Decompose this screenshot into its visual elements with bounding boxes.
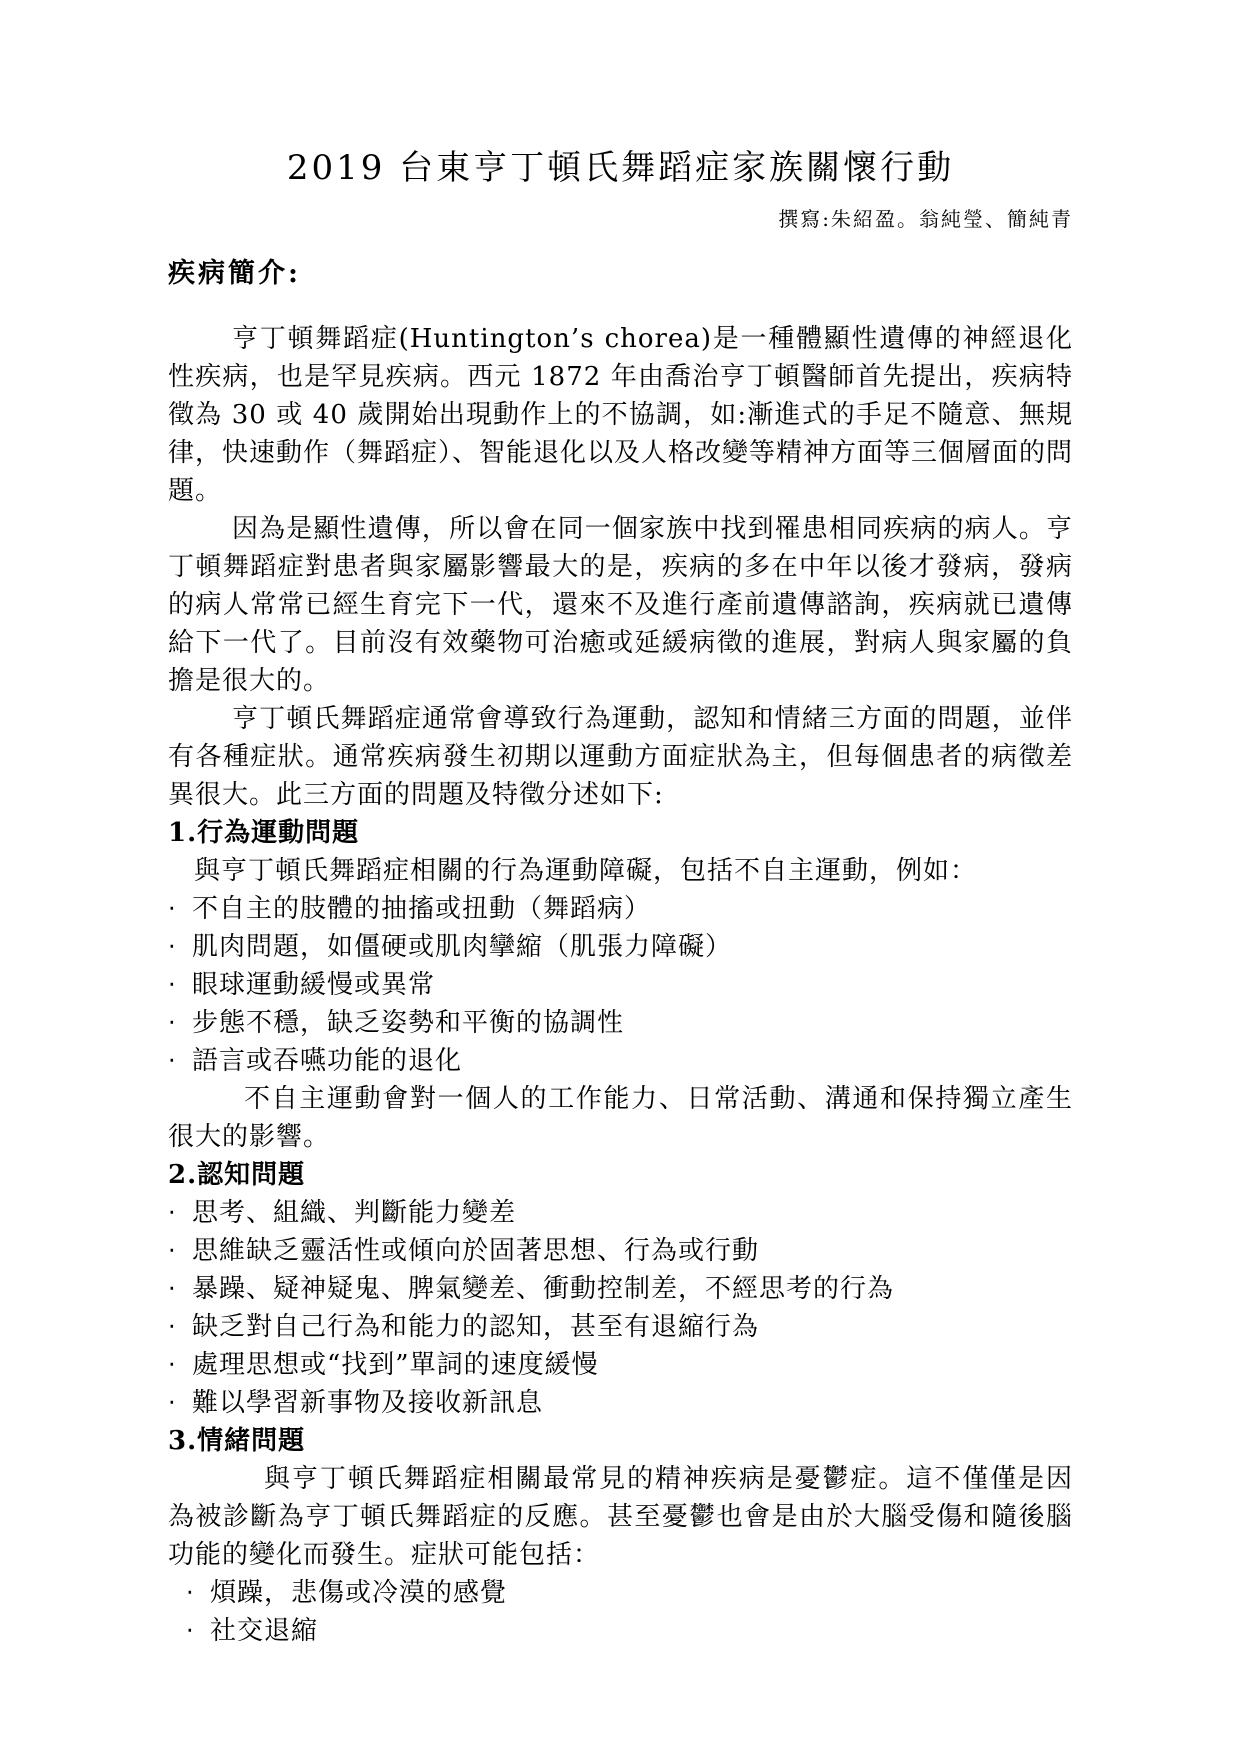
paragraph-1: 亨丁頓舞蹈症(Huntington’s chorea)是一種體顯性遺傳的神經退化… <box>168 320 1073 510</box>
section3-heading: 3.情緒問題 <box>168 1422 1073 1460</box>
list-item: ‧ 眼球運動緩慢或異常 <box>168 966 1073 1004</box>
list-item-text: 肌肉問題，如僵硬或肌肉攣縮（肌張力障礙） <box>192 928 1073 966</box>
bullet-icon: ‧ <box>168 890 192 928</box>
list-item-text: 缺乏對自己行為和能力的認知，甚至有退縮行為 <box>192 1308 1073 1346</box>
bullet-icon: ‧ <box>168 1346 192 1384</box>
list-item: ‧ 煩躁，悲傷或冷漠的感覺 <box>168 1574 1073 1612</box>
list-item-text: 不自主的肢體的抽搐或扭動（舞蹈病） <box>192 890 1073 928</box>
list-item: ‧ 不自主的肢體的抽搐或扭動（舞蹈病） <box>168 890 1073 928</box>
bullet-icon: ‧ <box>168 1042 192 1080</box>
list-item-text: 處理思想或“找到”單詞的速度緩慢 <box>192 1346 1073 1384</box>
list-item-text: 社交退縮 <box>210 1612 1073 1650</box>
document-page: 2019 台東亨丁頓氏舞蹈症家族關懷行動 撰寫:朱紹盈。翁純瑩、簡純青 疾病簡介… <box>0 0 1241 1755</box>
list-item: ‧ 暴躁、疑神疑鬼、脾氣變差、衝動控制差，不經思考的行為 <box>168 1270 1073 1308</box>
bullet-icon: ‧ <box>168 1384 192 1422</box>
bullet-icon: ‧ <box>168 1004 192 1042</box>
paragraph-3: 亨丁頓氏舞蹈症通常會導致行為運動，認知和情緒三方面的問題，並伴有各種症狀。通常疾… <box>168 700 1073 814</box>
bullet-icon: ‧ <box>186 1612 210 1650</box>
bullet-icon: ‧ <box>168 1308 192 1346</box>
section1-intro: 與亨丁頓氏舞蹈症相關的行為運動障礙，包括不自主運動，例如： <box>168 852 1073 890</box>
list-item: ‧ 難以學習新事物及接收新訊息 <box>168 1384 1073 1422</box>
page-title: 2019 台東亨丁頓氏舞蹈症家族關懷行動 <box>168 146 1073 190</box>
paragraph-2: 因為是顯性遺傳，所以會在同一個家族中找到罹患相同疾病的病人。亨丁頓舞蹈症對患者與… <box>168 510 1073 700</box>
intro-heading: 疾病簡介: <box>168 254 1073 294</box>
section1-heading: 1.行為運動問題 <box>168 814 1073 852</box>
list-item-text: 暴躁、疑神疑鬼、脾氣變差、衝動控制差，不經思考的行為 <box>192 1270 1073 1308</box>
list-item: ‧ 思維缺乏靈活性或傾向於固著思想、行為或行動 <box>168 1232 1073 1270</box>
list-item: ‧ 處理思想或“找到”單詞的速度緩慢 <box>168 1346 1073 1384</box>
list-item-text: 思考、組織、判斷能力變差 <box>192 1194 1073 1232</box>
byline: 撰寫:朱紹盈。翁純瑩、簡純青 <box>168 204 1073 234</box>
section2-heading: 2.認知問題 <box>168 1156 1073 1194</box>
list-item-text: 眼球運動緩慢或異常 <box>192 966 1073 1004</box>
section1-note: 不自主運動會對一個人的工作能力、日常活動、溝通和保持獨立產生很大的影響。 <box>168 1080 1073 1156</box>
list-item: ‧ 缺乏對自己行為和能力的認知，甚至有退縮行為 <box>168 1308 1073 1346</box>
bullet-icon: ‧ <box>168 966 192 1004</box>
bullet-icon: ‧ <box>168 928 192 966</box>
list-item: ‧ 步態不穩，缺乏姿勢和平衡的協調性 <box>168 1004 1073 1042</box>
list-item-text: 語言或吞嚥功能的退化 <box>192 1042 1073 1080</box>
list-item: ‧ 思考、組織、判斷能力變差 <box>168 1194 1073 1232</box>
section3-paragraph: 與亨丁頓氏舞蹈症相關最常見的精神疾病是憂鬱症。這不僅僅是因為被診斷為亨丁頓氏舞蹈… <box>168 1460 1073 1574</box>
list-item-text: 步態不穩，缺乏姿勢和平衡的協調性 <box>192 1004 1073 1042</box>
bullet-icon: ‧ <box>168 1270 192 1308</box>
list-item: ‧ 肌肉問題，如僵硬或肌肉攣縮（肌張力障礙） <box>168 928 1073 966</box>
list-item-text: 思維缺乏靈活性或傾向於固著思想、行為或行動 <box>192 1232 1073 1270</box>
list-item: ‧ 語言或吞嚥功能的退化 <box>168 1042 1073 1080</box>
bullet-icon: ‧ <box>186 1574 210 1612</box>
bullet-icon: ‧ <box>168 1232 192 1270</box>
bullet-icon: ‧ <box>168 1194 192 1232</box>
list-item-text: 難以學習新事物及接收新訊息 <box>192 1384 1073 1422</box>
list-item-text: 煩躁，悲傷或冷漠的感覺 <box>210 1574 1073 1612</box>
list-item: ‧ 社交退縮 <box>168 1612 1073 1650</box>
